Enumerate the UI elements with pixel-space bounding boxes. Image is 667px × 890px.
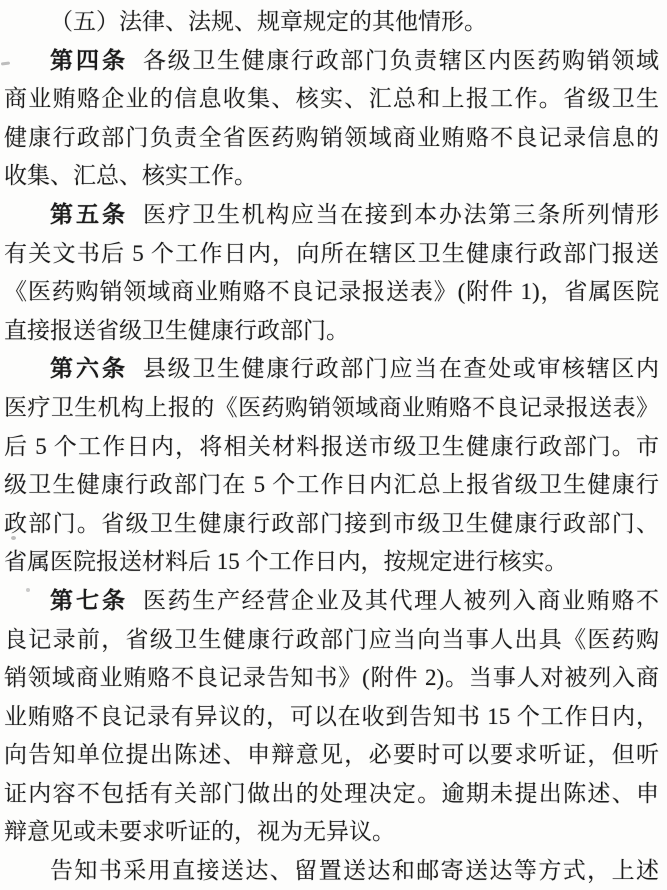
line-text: 证内容不包括有关部门做出的处理决定。逾期未提出陈述、申 bbox=[4, 781, 659, 806]
text-line: 良记录前，省级卫生健康行政部门应当向当事人出具《医药购 bbox=[4, 621, 659, 660]
text-line: 后 5 个工作日内，将相关材料报送市级卫生健康行政部门。市 bbox=[4, 428, 659, 467]
paragraph-first-line: 第四条各级卫生健康行政部门负责辖区内医药购销领域 bbox=[4, 42, 659, 81]
text-line: 健康行政部门负责全省医药购销领域商业贿赂不良记录信息的 bbox=[4, 119, 659, 158]
text-line: 商业贿赂企业的信息收集、核实、汇总和上报工作。省级卫生 bbox=[4, 80, 659, 119]
line-text: 医药生产经营企业及其代理人被列入商业贿赂不 bbox=[143, 588, 659, 613]
text-line: 收集、汇总、核实工作。 bbox=[4, 157, 659, 196]
line-text: 业贿赂不良记录有异议的，可以在收到告知书 15 个工作日内， bbox=[4, 704, 659, 729]
text-line: 有关文书后 5 个工作日内，向所在辖区卫生健康行政部门报送 bbox=[4, 235, 659, 274]
text-line: 销领域商业贿赂不良记录告知书》(附件 2)。当事人对被列入商 bbox=[4, 659, 659, 698]
line-text: 销领域商业贿赂不良记录告知书》(附件 2)。当事人对被列入商 bbox=[4, 665, 659, 690]
text-line: （五）法律、法规、规章规定的其他情形。 bbox=[4, 3, 659, 42]
text-line: 直接报送省级卫生健康行政部门。 bbox=[4, 312, 659, 351]
paragraph-first-line: 第六条县级卫生健康行政部门应当在查处或审核辖区内 bbox=[4, 350, 659, 389]
document-body: （五）法律、法规、规章规定的其他情形。第四条各级卫生健康行政部门负责辖区内医药购… bbox=[4, 3, 659, 890]
scan-artifact bbox=[26, 588, 30, 592]
line-text: 直接报送省级卫生健康行政部门。 bbox=[4, 318, 349, 343]
line-text: 商业贿赂企业的信息收集、核实、汇总和上报工作。省级卫生 bbox=[4, 86, 659, 111]
text-line: 辩意见或未要求听证的，视为无异议。 bbox=[4, 813, 659, 852]
line-text: 向告知单位提出陈述、申辩意见，必要时可以要求听证，但听 bbox=[4, 742, 659, 767]
line-text: 有关文书后 5 个工作日内，向所在辖区卫生健康行政部门报送 bbox=[4, 241, 659, 266]
line-text: 辩意见或未要求听证的，视为无异议。 bbox=[4, 819, 395, 844]
article-number: 第六条 bbox=[50, 356, 128, 381]
line-text: 《医药购销领域商业贿赂不良记录报送表》(附件 1)，省属医院 bbox=[4, 279, 659, 304]
text-line: 告知书采用直接送达、留置送达和邮寄送达等方式，上述 bbox=[4, 852, 659, 890]
text-line: 政部门。省级卫生健康行政部门接到市级卫生健康行政部门、 bbox=[4, 505, 659, 544]
text-line: 级卫生健康行政部门在 5 个工作日内汇总上报省级卫生健康行 bbox=[4, 466, 659, 505]
text-line: 医疗卫生机构上报的《医药购销领域商业贿赂不良记录报送表》 bbox=[4, 389, 659, 428]
scan-artifact bbox=[11, 536, 16, 540]
line-text: 医疗卫生机构上报的《医药购销领域商业贿赂不良记录报送表》 bbox=[4, 395, 659, 420]
line-text: 后 5 个工作日内，将相关材料报送市级卫生健康行政部门。市 bbox=[4, 434, 659, 459]
text-line: 业贿赂不良记录有异议的，可以在收到告知书 15 个工作日内， bbox=[4, 698, 659, 737]
article-number: 第五条 bbox=[50, 202, 128, 227]
article-number: 第四条 bbox=[50, 48, 128, 73]
line-text: 告知书采用直接送达、留置送达和邮寄送达等方式，上述 bbox=[50, 858, 659, 883]
line-text: 级卫生健康行政部门在 5 个工作日内汇总上报省级卫生健康行 bbox=[4, 472, 659, 497]
text-line: 《医药购销领域商业贿赂不良记录报送表》(附件 1)，省属医院 bbox=[4, 273, 659, 312]
paragraph-first-line: 第七条医药生产经营企业及其代理人被列入商业贿赂不 bbox=[4, 582, 659, 621]
line-text: （五）法律、法规、规章规定的其他情形。 bbox=[50, 9, 487, 34]
text-line: 向告知单位提出陈述、申辩意见，必要时可以要求听证，但听 bbox=[4, 736, 659, 775]
text-line: 省属医院报送材料后 15 个工作日内，按规定进行核实。 bbox=[4, 543, 659, 582]
scanned-document-page: （五）法律、法规、规章规定的其他情形。第四条各级卫生健康行政部门负责辖区内医药购… bbox=[0, 0, 667, 890]
line-text: 县级卫生健康行政部门应当在查处或审核辖区内 bbox=[143, 356, 659, 381]
line-text: 健康行政部门负责全省医药购销领域商业贿赂不良记录信息的 bbox=[4, 125, 659, 150]
line-text: 收集、汇总、核实工作。 bbox=[4, 163, 257, 188]
line-text: 政部门。省级卫生健康行政部门接到市级卫生健康行政部门、 bbox=[4, 511, 659, 536]
line-text: 良记录前，省级卫生健康行政部门应当向当事人出具《医药购 bbox=[4, 627, 659, 652]
article-number: 第七条 bbox=[50, 588, 128, 613]
text-line: 证内容不包括有关部门做出的处理决定。逾期未提出陈述、申 bbox=[4, 775, 659, 814]
line-text: 医疗卫生机构应当在接到本办法第三条所列情形 bbox=[143, 202, 659, 227]
line-text: 各级卫生健康行政部门负责辖区内医药购销领域 bbox=[143, 48, 659, 73]
paragraph-first-line: 第五条医疗卫生机构应当在接到本办法第三条所列情形 bbox=[4, 196, 659, 235]
line-text: 省属医院报送材料后 15 个工作日内，按规定进行核实。 bbox=[4, 549, 568, 574]
